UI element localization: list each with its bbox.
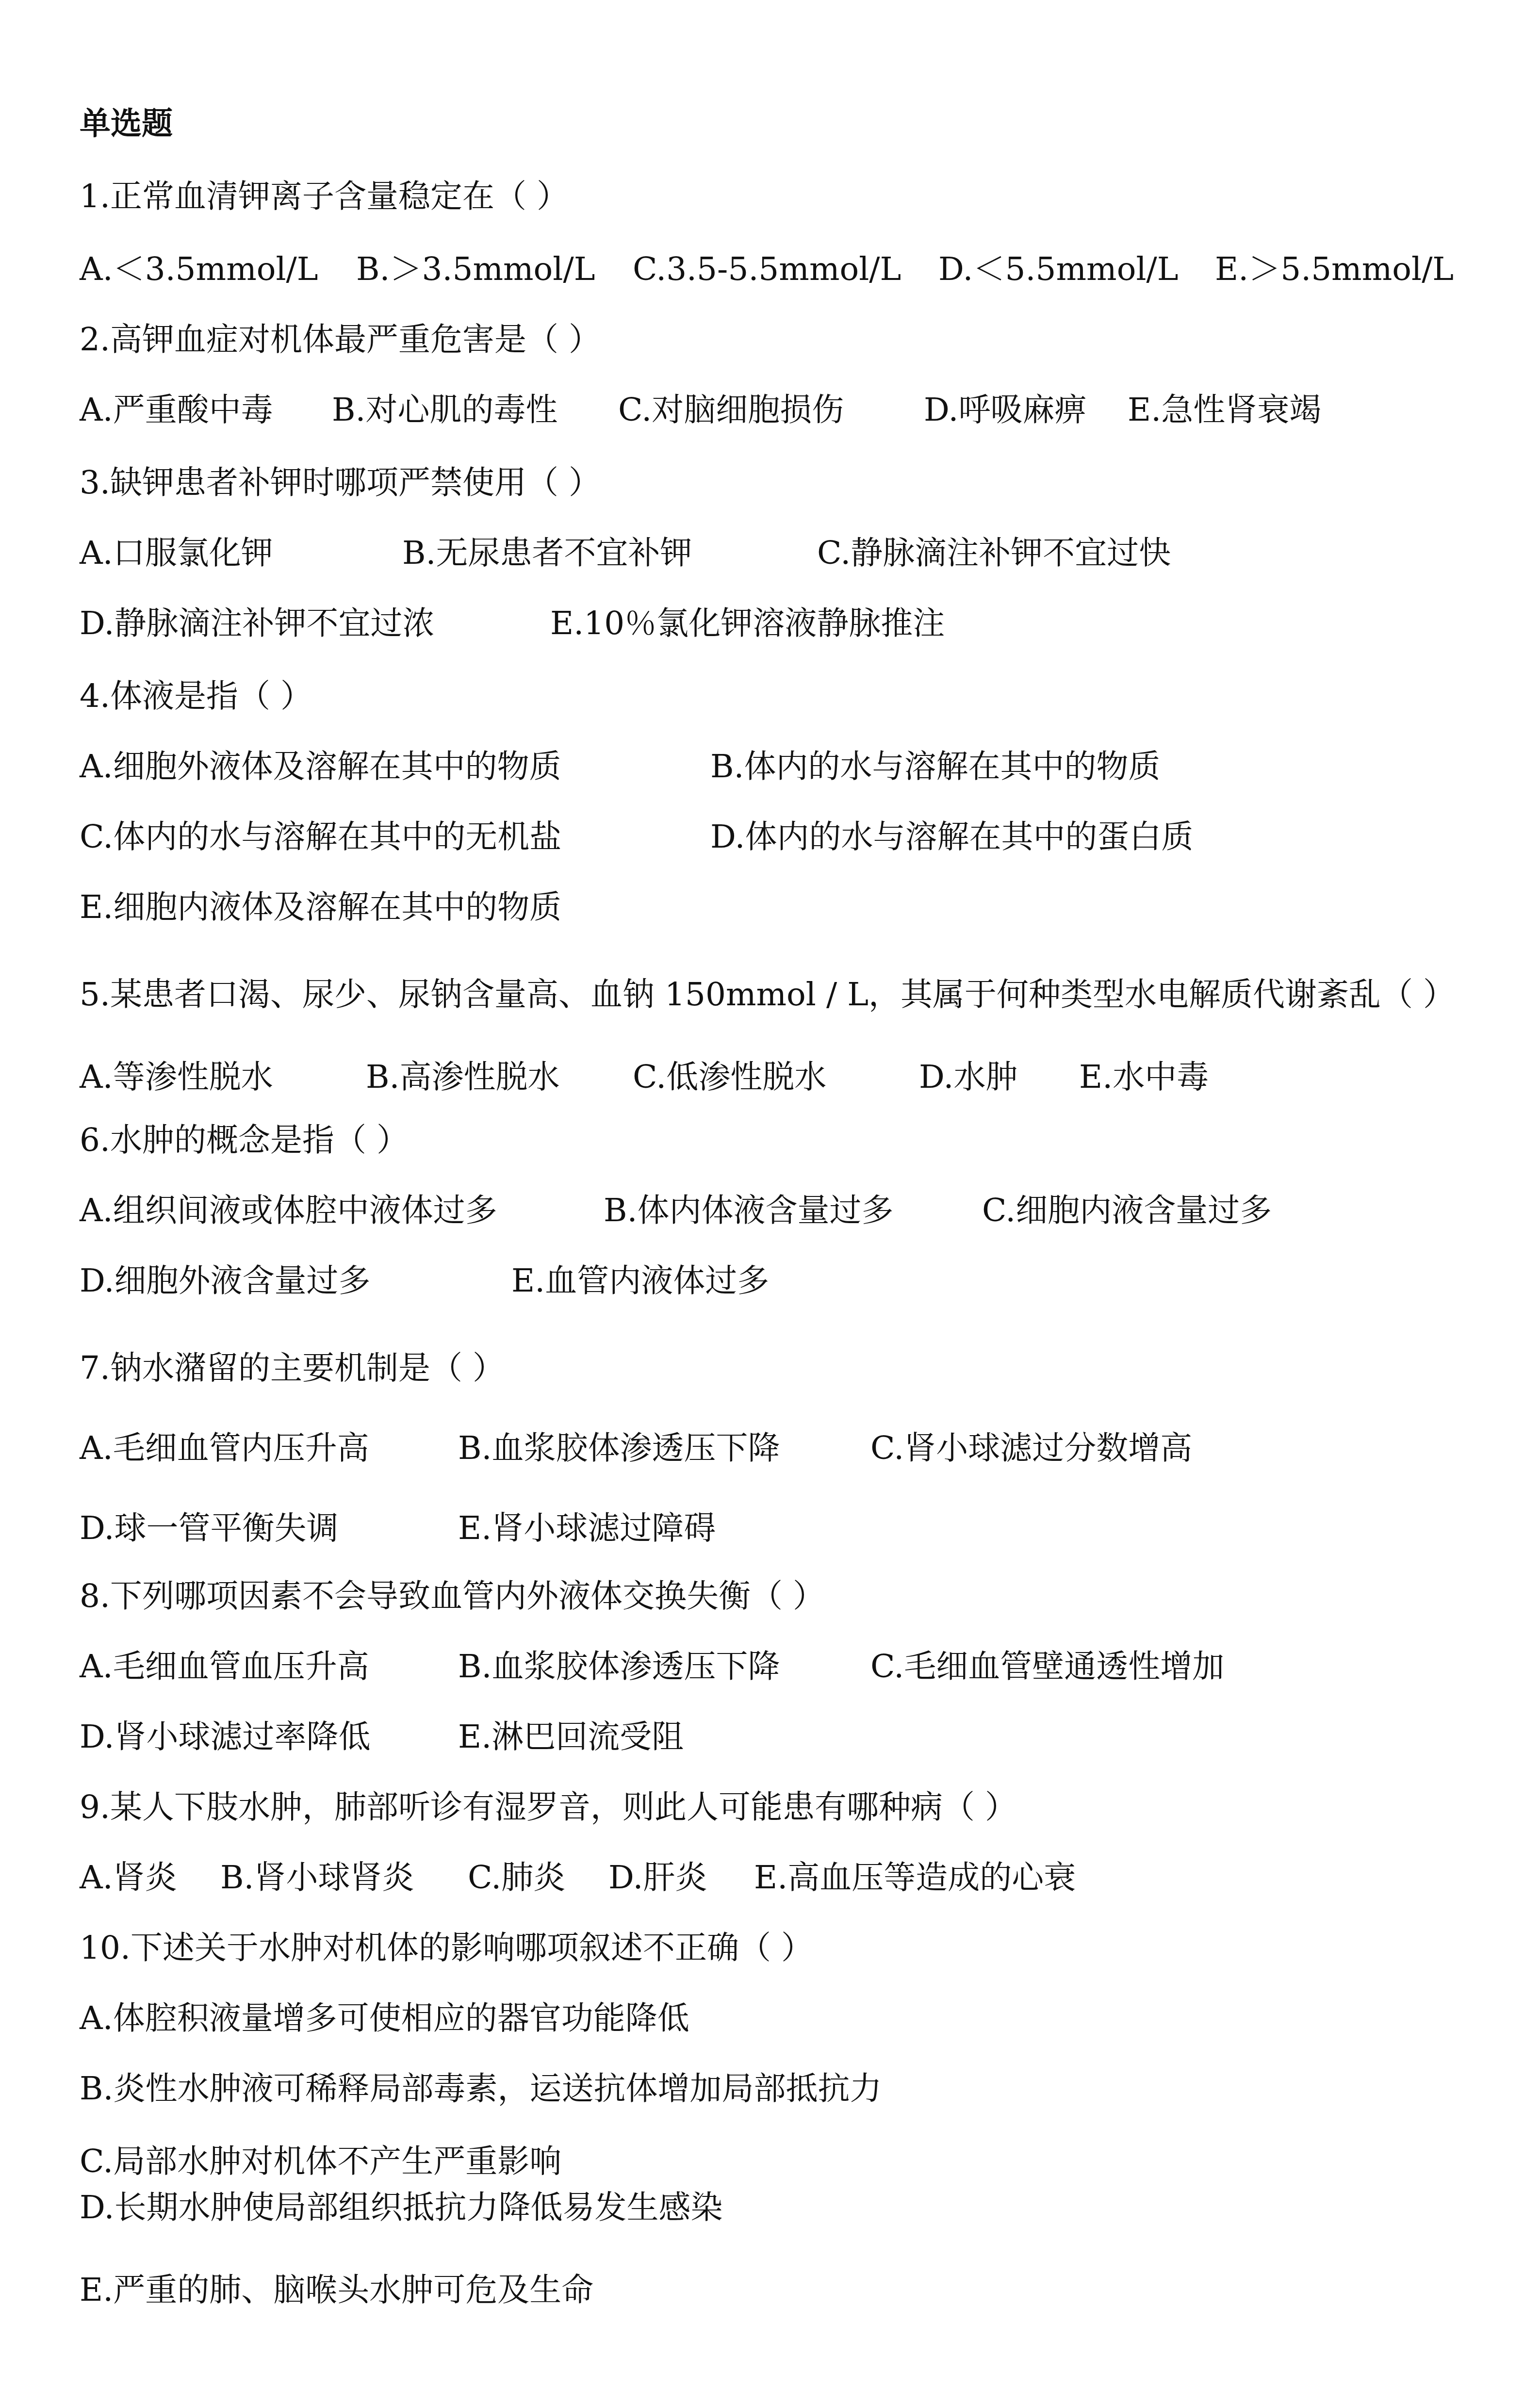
option-b: B.对心肌的毒性 [332,391,618,429]
option-b: B.高渗性脱水 [366,1058,633,1097]
option-d: D.体内的水与溶解在其中的蛋白质 [710,818,1194,856]
option-d: D.肾小球滤过率降低 [80,1718,458,1756]
option-e: E.急性肾衰竭 [1128,391,1321,429]
question-7-options-row2: D.球一管平衡失调E.肾小球滤过障碍 [80,1509,716,1548]
option-b: B.无尿患者不宜补钾 [402,534,817,573]
question-6-options-row1: A.组织间液或体腔中液体过多B.体内体液含量过多C.细胞内液含量过多 [80,1191,1272,1230]
option-c: C.毛细血管壁通透性增加 [870,1647,1224,1686]
option-d: D.细胞外液含量过多 [80,1261,511,1300]
option-c: C.静脉滴注补钾不宜过快 [817,534,1171,573]
option-d: D.长期水肿使局部组织抵抗力降低易发生感染 [80,2188,723,2227]
option-a: A.毛细血管内压升高 [80,1429,458,1468]
question-5-stem: 5.某患者口渴、尿少、尿钠含量高、血钠 150mmol / L，其属于何种类型水… [80,975,1455,1014]
section-title: 单选题 [80,104,173,143]
option-d: D.水肿 [919,1058,1079,1097]
question-4-stem: 4.体液是指（ ） [80,677,312,716]
option-e: E.肾小球滤过障碍 [458,1509,716,1548]
option-a: A.口服氯化钾 [80,534,402,573]
question-10-stem: 10.下述关于水肿对机体的影响哪项叙述不正确（ ） [80,1929,813,1967]
question-4-options-row1: A.细胞外液体及溶解在其中的物质B.体内的水与溶解在其中的物质 [80,747,1160,786]
option-d: D.＜5.5mmol/L [938,250,1215,289]
question-8-options-row2: D.肾小球滤过率降低E.淋巴回流受阻 [80,1718,684,1756]
question-3-stem: 3.缺钾患者补钾时哪项严禁使用（ ） [80,463,601,502]
option-e: E.淋巴回流受阻 [458,1718,684,1756]
option-b: B.体内的水与溶解在其中的物质 [710,747,1160,786]
option-a: A.＜3.5mmol/L [80,250,356,289]
option-a: A.毛细血管血压升高 [80,1647,458,1686]
question-4-options-row3: E.细胞内液体及溶解在其中的物质 [80,888,561,927]
question-4-options-row2: C.体内的水与溶解在其中的无机盐D.体内的水与溶解在其中的蛋白质 [80,818,1194,856]
option-b: B.血浆胶体渗透压下降 [458,1647,870,1686]
option-b: B.＞3.5mmol/L [356,250,633,289]
option-c: C.肾小球滤过分数增高 [870,1429,1192,1468]
question-6-stem: 6.水肿的概念是指（ ） [80,1121,409,1160]
option-c: C.细胞内液含量过多 [982,1191,1272,1230]
question-8-stem: 8.下列哪项因素不会导致血管内外液体交换失衡（ ） [80,1577,825,1616]
question-2-stem: 2.高钾血症对机体最严重危害是（ ） [80,320,601,359]
option-a: A.体腔积液量增多可使相应的器官功能降低 [80,1999,689,2038]
question-1-options: A.＜3.5mmol/LB.＞3.5mmol/LC.3.5-5.5mmol/LD… [80,250,1454,289]
option-e: E.＞5.5mmol/L [1215,250,1454,289]
question-8-options-row1: A.毛细血管血压升高B.血浆胶体渗透压下降C.毛细血管壁通透性增加 [80,1647,1224,1686]
option-a: A.细胞外液体及溶解在其中的物质 [80,747,710,786]
option-a: A.组织间液或体腔中液体过多 [80,1191,604,1230]
option-d: D.静脉滴注补钾不宜过浓 [80,604,550,643]
question-3-options-row2: D.静脉滴注补钾不宜过浓E.10％氯化钾溶液静脉推注 [80,604,945,643]
option-a: A.等渗性脱水 [80,1058,366,1097]
option-e: E.严重的肺、脑喉头水肿可危及生命 [80,2271,593,2309]
question-5-options: A.等渗性脱水B.高渗性脱水C.低渗性脱水D.水肿E.水中毒 [80,1058,1209,1097]
option-e: E.高血压等造成的心衰 [754,1858,1076,1897]
option-e: E.血管内液体过多 [511,1261,769,1300]
question-6-options-row2: D.细胞外液含量过多E.血管内液体过多 [80,1261,769,1300]
question-9-options: A.肾炎B.肾小球肾炎C.肺炎D.肝炎E.高血压等造成的心衰 [80,1858,1076,1897]
question-1-stem: 1.正常血清钾离子含量稳定在（ ） [80,177,569,216]
option-b: B.肾小球肾炎 [220,1858,468,1897]
option-b: B.体内体液含量过多 [604,1191,982,1230]
question-2-options: A.严重酸中毒B.对心肌的毒性C.对脑细胞损伤D.呼吸麻痹E.急性肾衰竭 [80,391,1321,429]
option-e: E.细胞内液体及溶解在其中的物质 [80,888,561,927]
option-a: A.肾炎 [80,1858,220,1897]
option-c: C.体内的水与溶解在其中的无机盐 [80,818,710,856]
option-a: A.严重酸中毒 [80,391,332,429]
option-c: C.局部水肿对机体不产生严重影响 [80,2142,561,2181]
option-c: C.对脑细胞损伤 [618,391,924,429]
question-7-options-row1: A.毛细血管内压升高B.血浆胶体渗透压下降C.肾小球滤过分数增高 [80,1429,1192,1468]
option-e: E.10％氯化钾溶液静脉推注 [550,604,945,643]
option-c: C.肺炎 [468,1858,608,1897]
question-3-options-row1: A.口服氯化钾B.无尿患者不宜补钾C.静脉滴注补钾不宜过快 [80,534,1171,573]
option-e: E.水中毒 [1079,1058,1209,1097]
option-c: C.3.5-5.5mmol/L [633,250,938,289]
option-b: B.血浆胶体渗透压下降 [458,1429,870,1468]
question-9-stem: 9.某人下肢水肿，肺部听诊有湿罗音，则此人可能患有哪种病（ ） [80,1788,1017,1827]
option-d: D.呼吸麻痹 [924,391,1128,429]
option-d: D.肝炎 [608,1858,754,1897]
option-c: C.低渗性脱水 [633,1058,919,1097]
option-b: B.炎性水肿液可稀释局部毒素，运送抗体增加局部抵抗力 [80,2069,882,2108]
option-d: D.球一管平衡失调 [80,1509,458,1548]
question-7-stem: 7.钠水潴留的主要机制是（ ） [80,1349,505,1388]
